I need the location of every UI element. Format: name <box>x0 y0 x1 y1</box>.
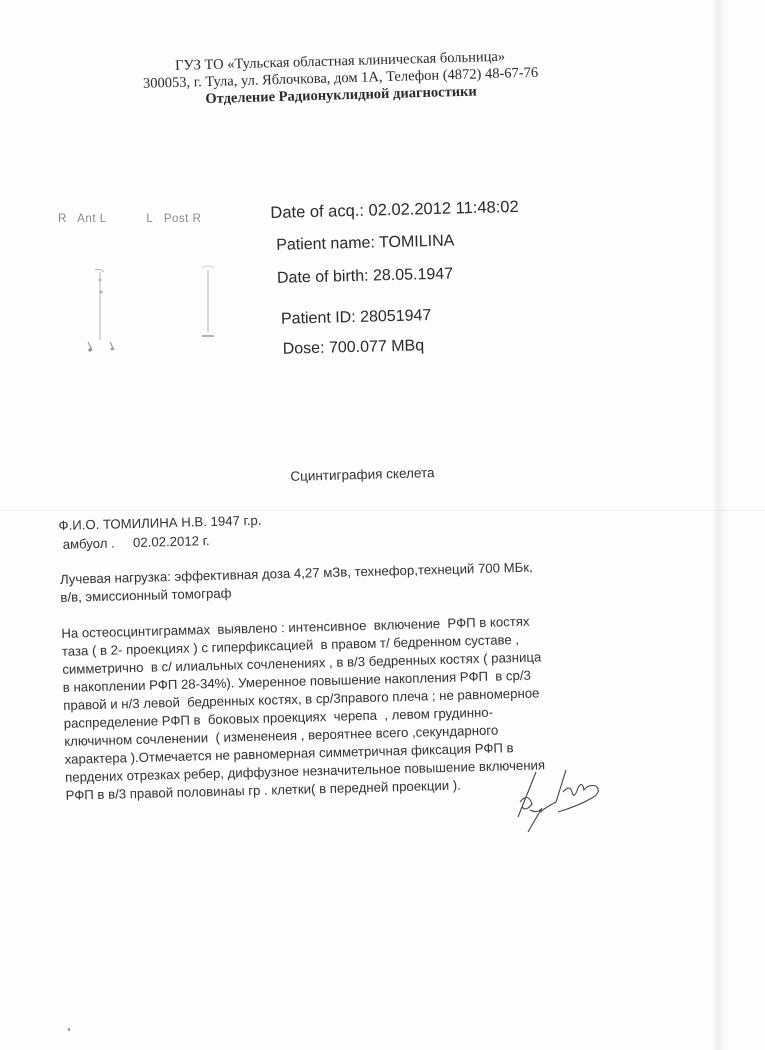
doctor-signature <box>508 762 628 832</box>
posterior-bone-scan-image <box>188 250 228 360</box>
dose: Dose: 700.077 MBq <box>283 337 425 358</box>
report-title: Сцинтиграфия скелета <box>290 465 435 484</box>
posterior-view-label: L Post R <box>146 213 201 225</box>
anterior-bone-scan-image <box>70 250 130 360</box>
scan-speck <box>68 1028 70 1031</box>
ambulatory-date: амбуол . 02.02.2012 г. <box>59 533 210 552</box>
scan-view-labels: R Ant L L Post R <box>58 213 201 225</box>
patient-name: Patient name: TOMILINA <box>276 233 455 255</box>
scanned-document-page: ГУЗ ТО «Тульская областная клиническая б… <box>0 0 765 1050</box>
patient-id: Patient ID: 28051947 <box>281 307 432 329</box>
date-of-birth: Date of birth: 28.05.1947 <box>277 266 454 288</box>
letterhead: ГУЗ ТО «Тульская областная клиническая б… <box>100 47 581 111</box>
radiation-load-line: Лучевая нагрузка: эффективная доза 4,27 … <box>60 560 533 587</box>
report-body: Сцинтиграфия скелета Ф.И.О. ТОМИЛИНА Н.В… <box>57 450 677 466</box>
anterior-view-label: R Ant L <box>58 213 107 225</box>
acquisition-date: Date of acq.: 02.02.2012 11:48:02 <box>270 198 519 223</box>
bone-scan-thumbnails <box>70 250 240 360</box>
radiation-load-line: в/в, эмиссионный томограф <box>60 585 231 604</box>
paper-fold-line <box>0 510 765 511</box>
scanner-streak <box>712 0 726 1050</box>
patient-fio: Ф.И.О. ТОМИЛИНА Н.В. 1947 г.р. <box>58 513 261 533</box>
